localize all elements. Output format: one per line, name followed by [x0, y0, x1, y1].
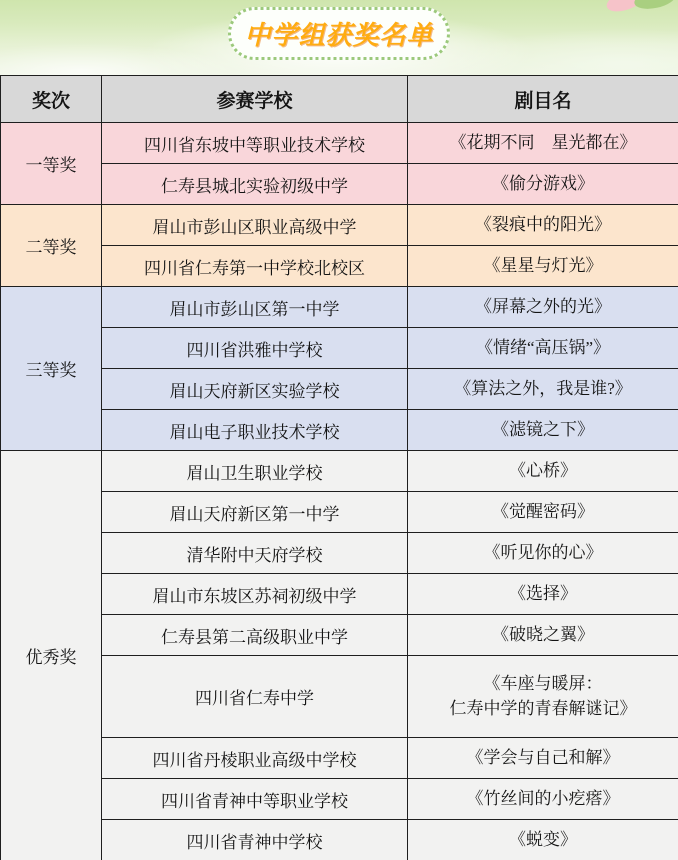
school-cell: 四川省东坡中等职业技术学校	[102, 123, 408, 164]
table-row: 眉山电子职业技术学校 《滤镜之下》	[1, 410, 678, 451]
table-row: 一等奖 四川省东坡中等职业技术学校 《花期不同 星光都在》	[1, 123, 678, 164]
school-cell: 眉山市彭山区第一中学	[102, 287, 408, 328]
school-cell: 仁寿县第二高级职业中学	[102, 615, 408, 656]
school-cell: 四川省青神中等职业学校	[102, 779, 408, 820]
table-row: 四川省丹棱职业高级中学校 《学会与自己和解》	[1, 738, 678, 779]
page-title: 中学组获奖名单	[244, 15, 433, 52]
table-row: 仁寿县城北实验初级中学 《偷分游戏》	[1, 164, 678, 205]
school-cell: 眉山市彭山区职业高级中学	[102, 205, 408, 246]
school-cell: 四川省丹棱职业高级中学校	[102, 738, 408, 779]
play-cell: 《觉醒密码》	[408, 492, 678, 533]
play-cell: 《蜕变》	[408, 820, 678, 860]
leaf-icon	[633, 0, 678, 12]
table-row: 三等奖 眉山市彭山区第一中学 《屏幕之外的光》	[1, 287, 678, 328]
play-cell: 《学会与自己和解》	[408, 738, 678, 779]
col-header-school: 参赛学校	[102, 76, 408, 123]
section-excellence-award: 优秀奖 眉山卫生职业学校 《心桥》 眉山天府新区第一中学 《觉醒密码》 清华附中…	[1, 451, 678, 860]
school-cell: 眉山卫生职业学校	[102, 451, 408, 492]
play-cell: 《星星与灯光》	[408, 246, 678, 287]
school-cell: 眉山天府新区实验学校	[102, 369, 408, 410]
award-cell: 优秀奖	[1, 451, 102, 860]
table-row: 仁寿县第二高级职业中学 《破晓之翼》	[1, 615, 678, 656]
play-cell: 《裂痕中的阳光》	[408, 205, 678, 246]
play-cell: 《竹丝间的小疙瘩》	[408, 779, 678, 820]
table-row: 眉山天府新区第一中学 《觉醒密码》	[1, 492, 678, 533]
table-row: 二等奖 眉山市彭山区职业高级中学 《裂痕中的阳光》	[1, 205, 678, 246]
section-third-prize: 三等奖 眉山市彭山区第一中学 《屏幕之外的光》 四川省洪雅中学校 《情绪“高压锅…	[1, 287, 678, 451]
school-cell: 四川省青神中学校	[102, 820, 408, 860]
play-cell: 《花期不同 星光都在》	[408, 123, 678, 164]
col-header-award: 奖次	[1, 76, 102, 123]
section-second-prize: 二等奖 眉山市彭山区职业高级中学 《裂痕中的阳光》 四川省仁寿第一中学校北校区 …	[1, 205, 678, 287]
play-cell: 《滤镜之下》	[408, 410, 678, 451]
hero-banner: 中学组获奖名单	[0, 0, 678, 75]
play-cell: 《心桥》	[408, 451, 678, 492]
play-cell: 《屏幕之外的光》	[408, 287, 678, 328]
school-cell: 清华附中天府学校	[102, 533, 408, 574]
title-badge: 中学组获奖名单	[228, 7, 450, 60]
award-cell: 一等奖	[1, 123, 102, 205]
table-row: 四川省青神中学校 《蜕变》	[1, 820, 678, 860]
award-table: 奖次 参赛学校 剧目名 一等奖 四川省东坡中等职业技术学校 《花期不同 星光都在…	[0, 75, 678, 860]
table-row: 四川省仁寿中学 《车座与暖屏： 仁寿中学的青春解谜记》	[1, 656, 678, 738]
school-cell: 四川省仁寿第一中学校北校区	[102, 246, 408, 287]
play-cell: 《算法之外，我是谁?》	[408, 369, 678, 410]
award-cell: 三等奖	[1, 287, 102, 451]
school-cell: 眉山市东坡区苏祠初级中学	[102, 574, 408, 615]
table-row: 眉山市东坡区苏祠初级中学 《选择》	[1, 574, 678, 615]
table-row: 清华附中天府学校 《听见你的心》	[1, 533, 678, 574]
award-cell: 二等奖	[1, 205, 102, 287]
table-row: 优秀奖 眉山卫生职业学校 《心桥》	[1, 451, 678, 492]
play-cell: 《车座与暖屏： 仁寿中学的青春解谜记》	[408, 656, 678, 738]
school-cell: 眉山天府新区第一中学	[102, 492, 408, 533]
play-cell: 《偷分游戏》	[408, 164, 678, 205]
school-cell: 四川省洪雅中学校	[102, 328, 408, 369]
table-header-row: 奖次 参赛学校 剧目名	[1, 76, 678, 123]
school-cell: 四川省仁寿中学	[102, 656, 408, 738]
table-row: 眉山天府新区实验学校 《算法之外，我是谁?》	[1, 369, 678, 410]
table-row: 四川省青神中等职业学校 《竹丝间的小疙瘩》	[1, 779, 678, 820]
play-cell: 《破晓之翼》	[408, 615, 678, 656]
school-cell: 眉山电子职业技术学校	[102, 410, 408, 451]
col-header-play: 剧目名	[408, 76, 678, 123]
play-cell: 《选择》	[408, 574, 678, 615]
school-cell: 仁寿县城北实验初级中学	[102, 164, 408, 205]
section-first-prize: 一等奖 四川省东坡中等职业技术学校 《花期不同 星光都在》 仁寿县城北实验初级中…	[1, 123, 678, 205]
play-cell: 《听见你的心》	[408, 533, 678, 574]
award-list-page: 中学组获奖名单 奖次 参赛学校 剧目名 一等奖 四川省东坡中等职业技术学校 《花…	[0, 0, 678, 860]
play-cell: 《情绪“高压锅”》	[408, 328, 678, 369]
table-row: 四川省洪雅中学校 《情绪“高压锅”》	[1, 328, 678, 369]
table-row: 四川省仁寿第一中学校北校区 《星星与灯光》	[1, 246, 678, 287]
